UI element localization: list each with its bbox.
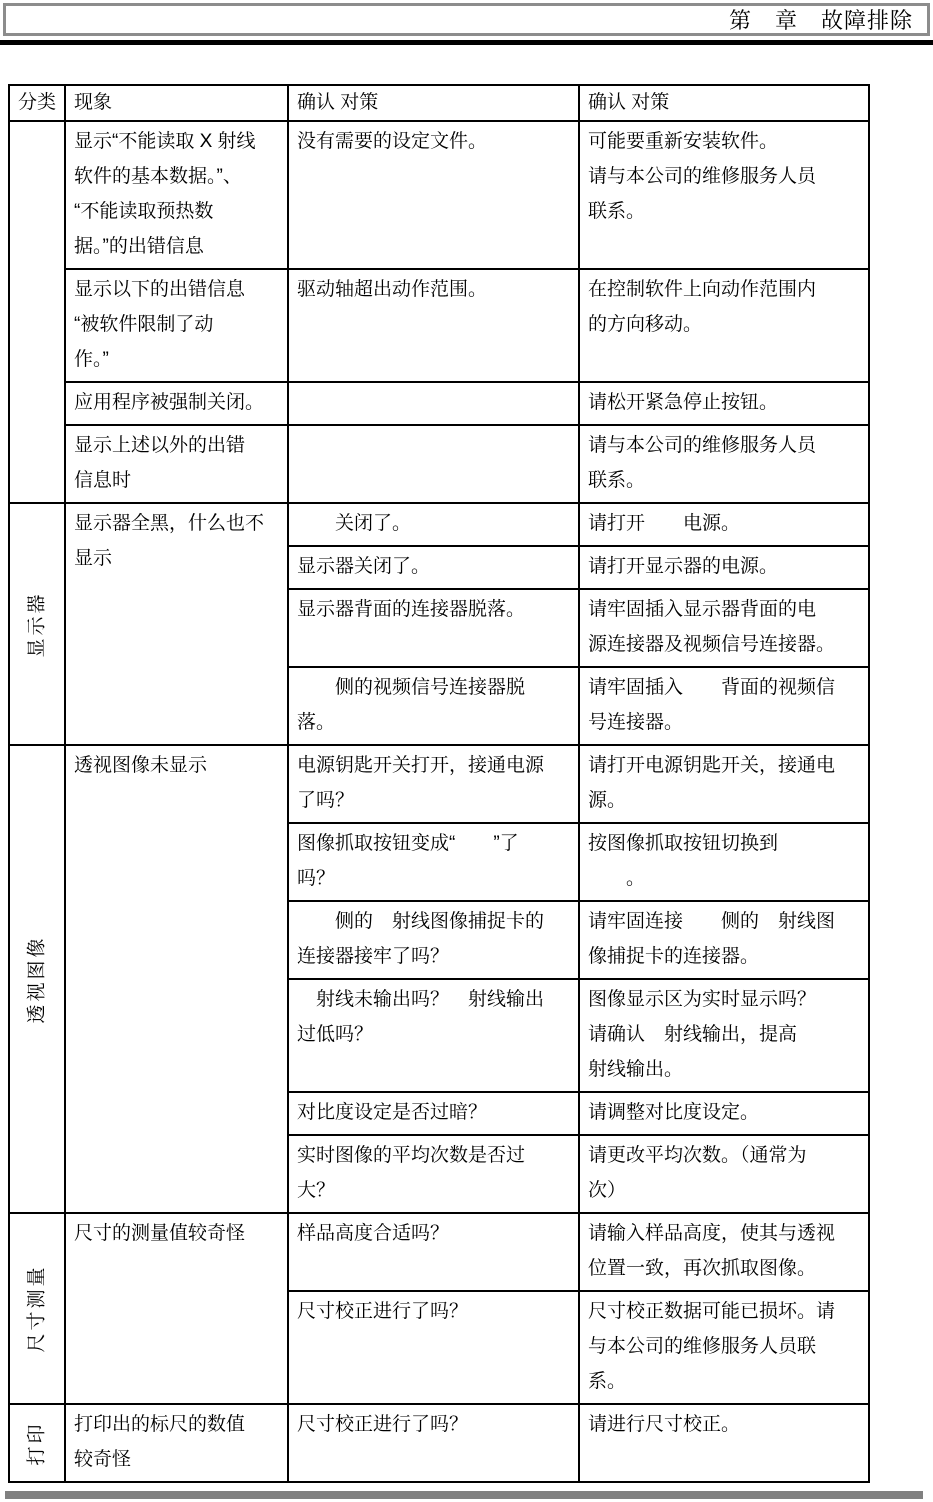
phenomenon-cell: 打印出的标尺的数值 较奇怪 [65,1404,288,1482]
confirm-cell [288,425,579,503]
category-cell-dimension: 尺寸测量 [9,1213,65,1404]
category-label: 显示器 [20,591,55,657]
action-cell: 请打开显示器的电源。 [579,546,869,589]
category-cell-fluoro-image: 透视图像 [9,745,65,1213]
action-cell: 请牢固插入 背面的视频信 号连接器。 [579,667,869,745]
table-row: 打印 打印出的标尺的数值 较奇怪 尺寸校正进行了吗？ 请进行尺寸校正。 [9,1404,869,1482]
action-cell: 请牢固插入显示器背面的电 源连接器及视频信号连接器。 [579,589,869,667]
confirm-cell: 实时图像的平均次数是否过 大？ [288,1135,579,1213]
phenomenon-cell: 显示上述以外的出错 信息时 [65,425,288,503]
phenomenon-cell: 尺寸的测量值较奇怪 [65,1213,288,1404]
confirm-cell [288,382,579,425]
category-cell-print: 打印 [9,1404,65,1482]
confirm-cell: 射线未输出吗？ 射线输出 过低吗？ [288,979,579,1092]
table-row: 显示上述以外的出错 信息时 请与本公司的维修服务人员 联系。 [9,425,869,503]
confirm-cell: 显示器背面的连接器脱落。 [288,589,579,667]
category-label: 透视图像 [20,935,55,1023]
confirm-cell: 侧的视频信号连接器脱 落。 [288,667,579,745]
phenomenon-cell: 显示以下的出错信息 “被软件限制了动 作。” [65,269,288,382]
table-header-row: 分类 现象 确认 对策 确认 对策 [9,85,869,121]
header-rule [0,40,933,45]
action-cell: 图像显示区为实时显示吗？ 请确认 射线输出，提高 射线输出。 [579,979,869,1092]
page-header: 第 章 故障排除 [3,3,930,36]
action-cell: 请与本公司的维修服务人员 联系。 [579,425,869,503]
table-row: 显示器 显示器全黑，什么也不 显示 关闭了。 请打开 电源。 [9,503,869,546]
action-cell: 请打开电源钥匙开关，接通电 源。 [579,745,869,823]
col-header-phenomenon: 现象 [65,85,288,121]
col-header-category: 分类 [9,85,65,121]
confirm-cell: 没有需要的设定文件。 [288,121,579,269]
confirm-cell: 尺寸校正进行了吗？ [288,1404,579,1482]
action-cell: 请牢固连接 侧的 射线图 像捕捉卡的连接器。 [579,901,869,979]
table-row: 显示“不能读取 X 射线 软件的基本数据。”、 “不能读取预热数 据。”的出错信… [9,121,869,269]
vertical-label-wrap: 显示器 [10,504,64,744]
confirm-cell: 样品高度合适吗？ [288,1213,579,1291]
action-cell: 请松开紧急停止按钮。 [579,382,869,425]
action-cell: 请更改平均次数。（通常为 次） [579,1135,869,1213]
category-label: 尺寸测量 [20,1264,55,1352]
action-cell: 可能要重新安装软件。 请与本公司的维修服务人员 联系。 [579,121,869,269]
table-row: 显示以下的出错信息 “被软件限制了动 作。” 驱动轴超出动作范围。 在控制软件上… [9,269,869,382]
confirm-cell: 显示器关闭了。 [288,546,579,589]
footer-bar [5,1491,923,1499]
confirm-cell: 关闭了。 [288,503,579,546]
vertical-label-wrap: 打印 [10,1405,64,1481]
confirm-cell: 对比度设定是否过暗？ [288,1092,579,1135]
vertical-label-wrap: 尺寸测量 [10,1214,64,1403]
table-row: 尺寸测量 尺寸的测量值较奇怪 样品高度合适吗？ 请输入样品高度，使其与透视 位置… [9,1213,869,1291]
category-cell-monitor: 显示器 [9,503,65,745]
category-cell-empty [9,121,65,503]
phenomenon-cell: 显示“不能读取 X 射线 软件的基本数据。”、 “不能读取预热数 据。”的出错信… [65,121,288,269]
action-cell: 在控制软件上向动作范围内 的方向移动。 [579,269,869,382]
confirm-cell: 尺寸校正进行了吗？ [288,1291,579,1404]
confirm-cell: 驱动轴超出动作范围。 [288,269,579,382]
col-header-confirm: 确认 对策 [288,85,579,121]
confirm-cell: 图像抓取按钮变成“ ”了 吗？ [288,823,579,901]
troubleshooting-table: 分类 现象 确认 对策 确认 对策 显示“不能读取 X 射线 软件的基本数据。”… [8,84,870,1483]
action-cell: 尺寸校正数据可能已损坏。请 与本公司的维修服务人员联 系。 [579,1291,869,1404]
table-row: 透视图像 透视图像未显示 电源钥匙开关打开，接通电源 了吗？ 请打开电源钥匙开关… [9,745,869,823]
action-cell: 按图像抓取按钮切换到 。 [579,823,869,901]
action-cell: 请打开 电源。 [579,503,869,546]
action-cell: 请进行尺寸校正。 [579,1404,869,1482]
phenomenon-cell: 透视图像未显示 [65,745,288,1213]
phenomenon-cell: 应用程序被强制关闭。 [65,382,288,425]
col-header-action: 确认 对策 [579,85,869,121]
confirm-cell: 电源钥匙开关打开，接通电源 了吗？ [288,745,579,823]
confirm-cell: 侧的 射线图像捕捉卡的 连接器接牢了吗？ [288,901,579,979]
table-row: 应用程序被强制关闭。 请松开紧急停止按钮。 [9,382,869,425]
action-cell: 请调整对比度设定。 [579,1092,869,1135]
category-label: 打印 [19,1421,54,1465]
phenomenon-cell: 显示器全黑，什么也不 显示 [65,503,288,745]
chapter-title: 第 章 故障排除 [729,4,913,35]
document-page: 第 章 故障排除 分类 现象 确认 对策 确认 对策 显示“不能读取 X 射线 … [0,0,933,1502]
vertical-label-wrap: 透视图像 [10,746,64,1212]
action-cell: 请输入样品高度，使其与透视 位置一致，再次抓取图像。 [579,1213,869,1291]
